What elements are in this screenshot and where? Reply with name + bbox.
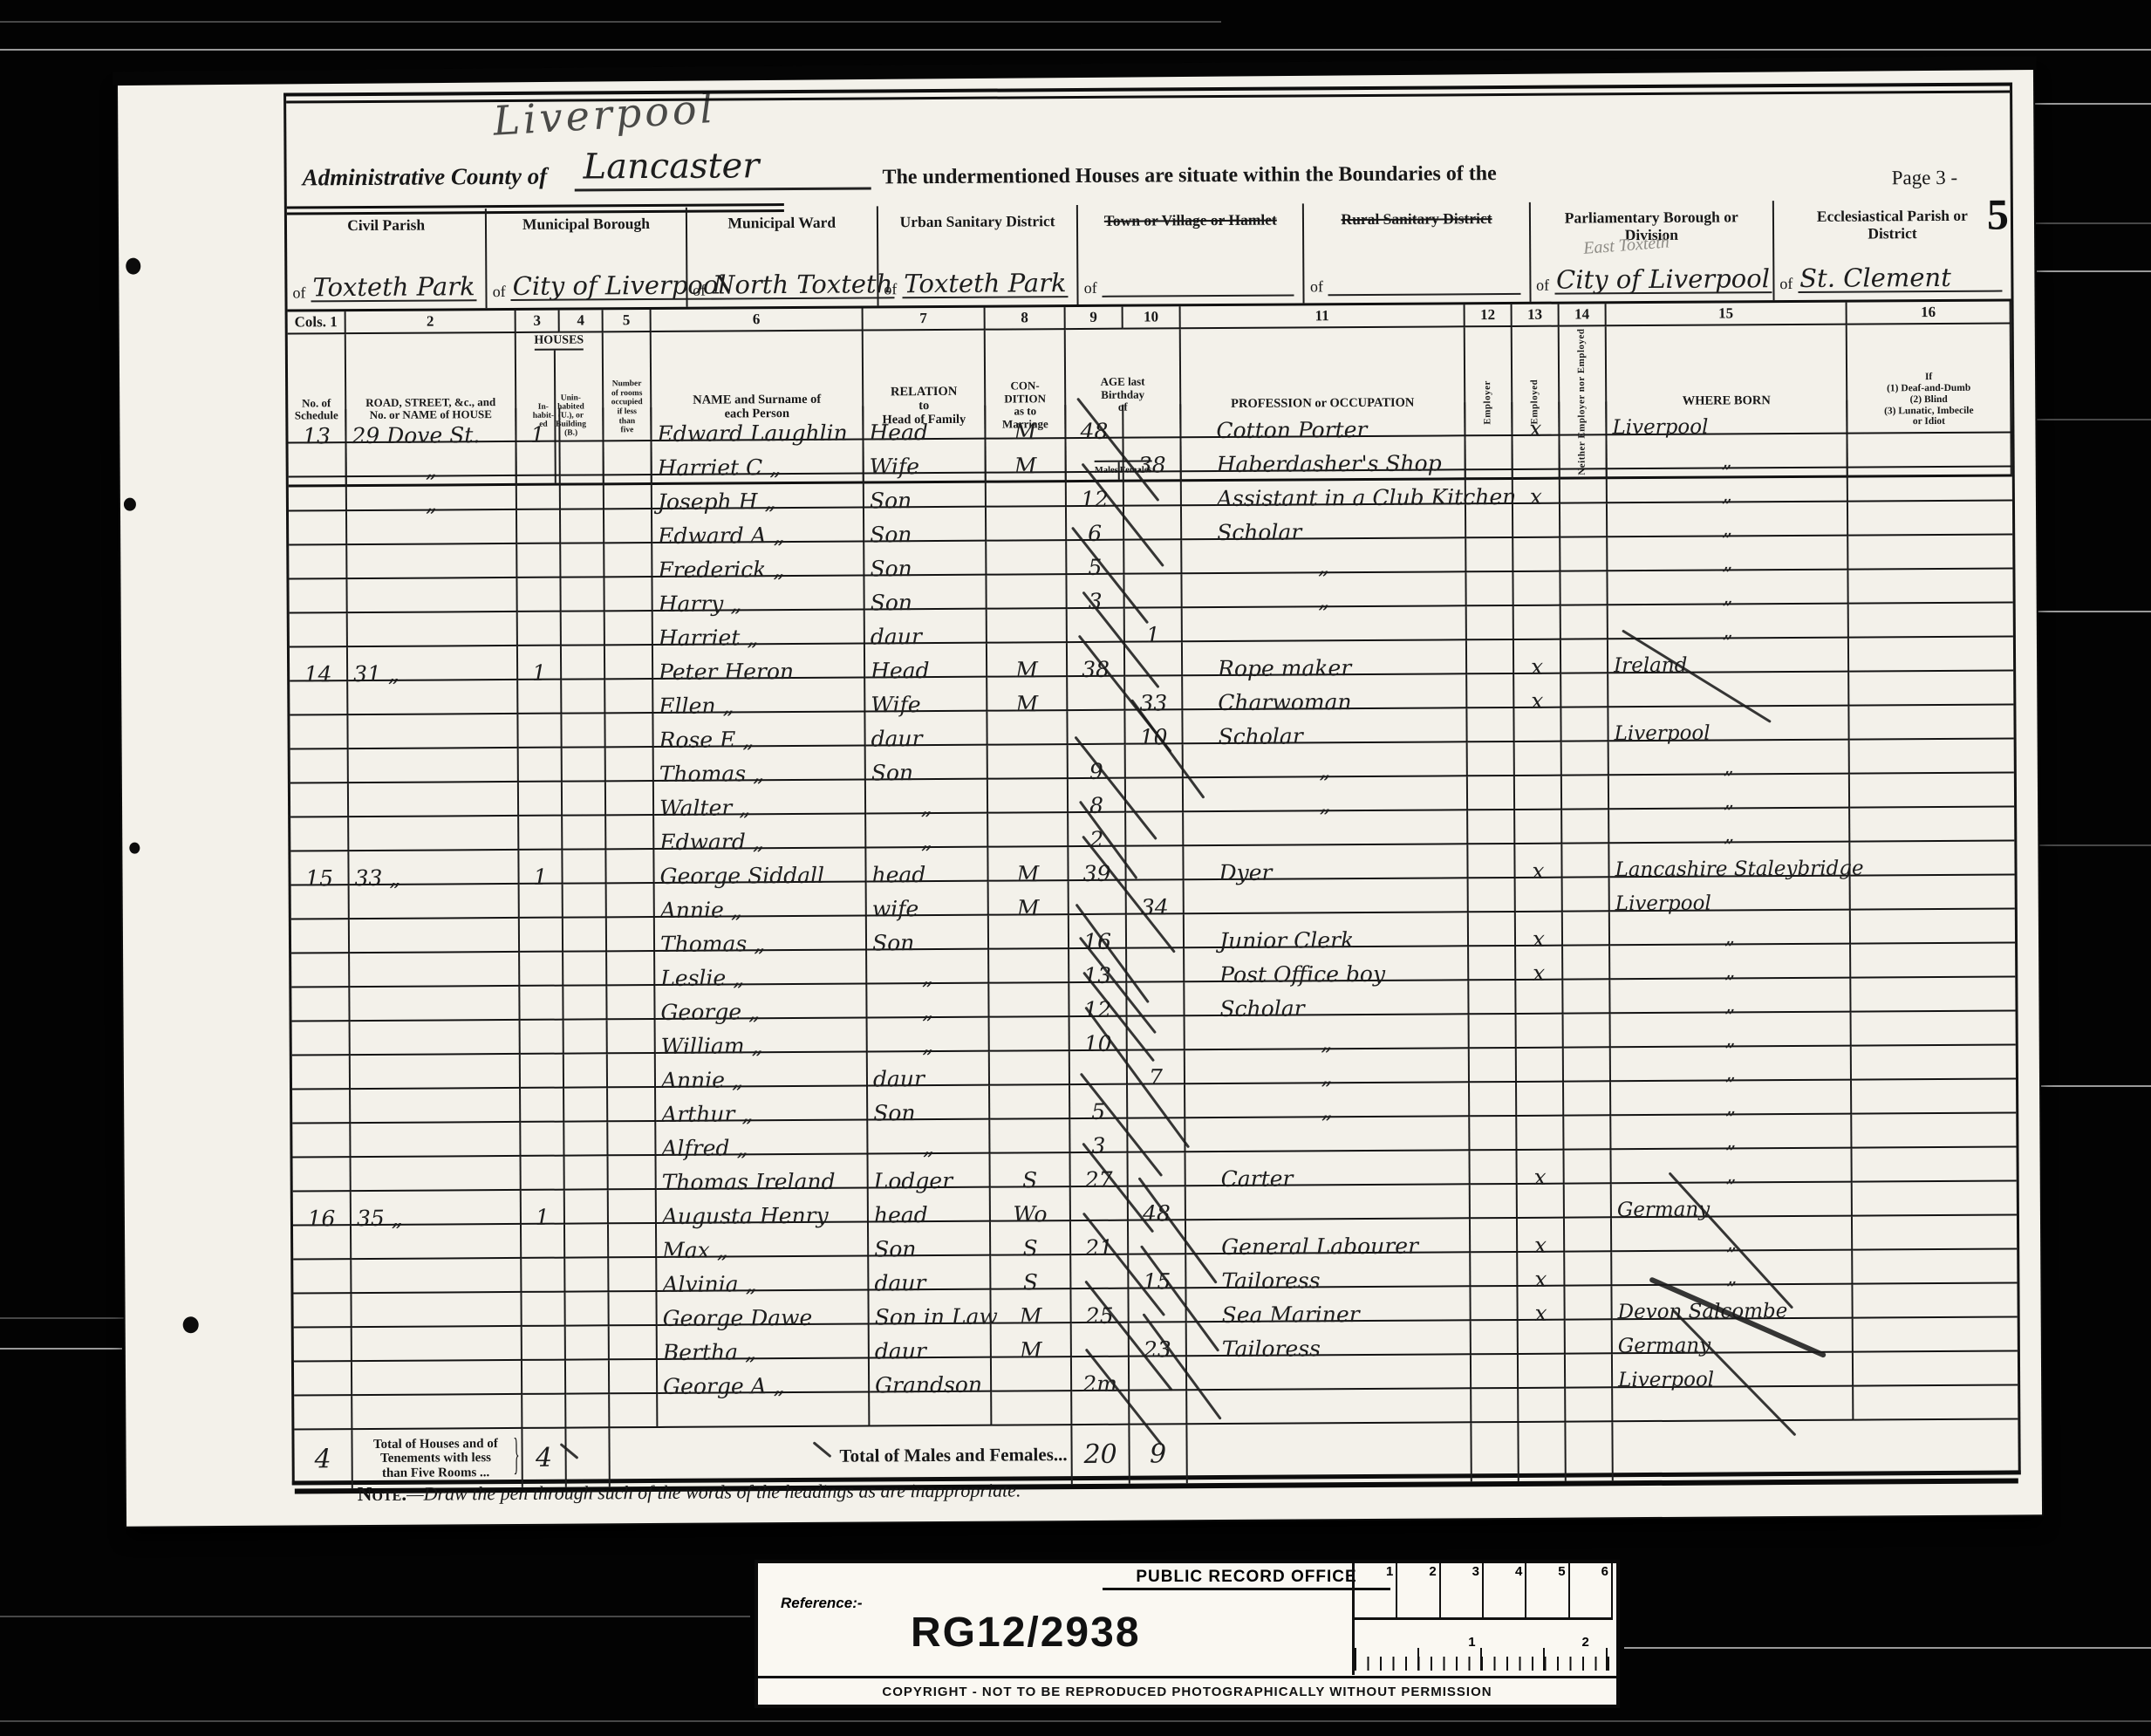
cell-inf — [1847, 433, 2011, 468]
district-label: Rural Sanitary District — [1304, 209, 1528, 229]
cell-x — [1513, 538, 1560, 572]
cell-s — [292, 1090, 351, 1124]
cell-e3 — [1563, 946, 1610, 980]
cell-rm — [609, 1190, 657, 1224]
cell-a — [351, 1123, 521, 1158]
cell-a — [350, 919, 520, 953]
cell-e1 — [1467, 674, 1514, 708]
column-number: 14 — [1560, 304, 1607, 326]
cell-inf — [1848, 535, 2012, 570]
cell-rm — [604, 543, 652, 578]
cell-rm — [606, 782, 654, 816]
ruler-number: 3 — [1441, 1563, 1484, 1617]
scan-streak — [1624, 1647, 2151, 1649]
scan-streak — [0, 1317, 140, 1319]
scan-streak — [0, 1616, 750, 1617]
cell-s: 14 — [290, 647, 348, 681]
cell-rm — [608, 1088, 656, 1122]
cell-u — [565, 1258, 609, 1292]
ruler-number: 1 — [1355, 1563, 1397, 1617]
cell-b: „ — [1609, 809, 1850, 844]
cell-a — [350, 987, 520, 1022]
cell-inf — [1847, 399, 2011, 434]
district-cell: Ecclesiastical Parish or DistrictofSt. C… — [1774, 199, 2011, 300]
cell-b: „ — [1609, 741, 1850, 776]
cell-a — [352, 1157, 522, 1192]
cell-inf — [1850, 773, 2014, 808]
cell-e3 — [1561, 673, 1608, 707]
cell-u — [561, 475, 604, 509]
cell-i — [522, 1293, 565, 1327]
cell-x: x — [1517, 1151, 1564, 1185]
cell-x — [1515, 742, 1562, 776]
cell-a — [350, 953, 520, 988]
cell-x: x — [1516, 912, 1563, 947]
cell-a — [352, 1395, 522, 1430]
cell-e3 — [1566, 1388, 1613, 1422]
district-value — [1328, 291, 1520, 296]
cell-e3 — [1562, 742, 1609, 776]
cell-e3 — [1566, 1354, 1613, 1388]
cell-e3 — [1564, 1014, 1611, 1048]
cell-s — [294, 1328, 352, 1362]
cell-s — [289, 579, 347, 613]
cell-s — [290, 715, 348, 749]
cell-rm — [609, 1156, 657, 1190]
reference-value: RG12/2938 — [911, 1609, 1141, 1657]
cell-rm — [605, 714, 653, 748]
cell-b: „ — [1607, 434, 1847, 470]
cell-i: 1 — [518, 646, 562, 680]
cell-i — [519, 817, 563, 851]
cell-c: M — [987, 643, 1068, 678]
district-label: Civil Parish — [287, 215, 485, 235]
census-table: Cols. 12345678910111213141516 No. of Sch… — [288, 298, 2018, 1493]
cell-e3 — [1564, 1048, 1611, 1082]
cell-b: „ — [1608, 468, 1848, 504]
cell-x — [1517, 1117, 1564, 1151]
cell-e1 — [1470, 1015, 1517, 1049]
cell-x: x — [1515, 844, 1562, 878]
cell-rm — [608, 1020, 656, 1054]
scanned-census-page: Liverpool 5 Administrative County of Lan… — [0, 0, 2151, 1736]
scan-streak — [2038, 1085, 2151, 1087]
cell-x — [1514, 606, 1561, 640]
district-value: St. Clement — [1798, 265, 2002, 293]
district-label: Ecclesiastical Parish or District — [1774, 206, 2011, 243]
cell-u — [563, 952, 607, 986]
cell-e3 — [1561, 605, 1608, 639]
cell-inf — [1848, 569, 2012, 604]
district-cell: Urban Sanitary DistrictofToxteth Park — [878, 205, 1079, 305]
column-number: 10 — [1123, 306, 1181, 329]
cell-f — [1128, 1016, 1185, 1050]
cell-r: Head — [864, 406, 986, 441]
column-number: 12 — [1465, 304, 1513, 327]
cell-u — [565, 1190, 609, 1224]
totals-houses-label: Total of Houses and of Tenements with le… — [354, 1437, 516, 1481]
of-label: of — [1310, 277, 1323, 296]
cell-u — [560, 407, 604, 441]
district-cell: Municipal BoroughofCity of Liverpool — [487, 208, 687, 308]
cell-b: Liverpool — [1607, 400, 1847, 436]
cell-b: „ — [1611, 1047, 1852, 1083]
cell-b: „ — [1612, 1217, 1853, 1253]
cell-a — [352, 1293, 522, 1328]
cell-a — [352, 1361, 522, 1396]
district-label: Town or Village or Hamlet — [1078, 210, 1302, 229]
cell-u — [561, 543, 604, 578]
column-number: 4 — [560, 310, 604, 332]
cell-s — [291, 953, 350, 988]
cell-x — [1515, 776, 1562, 810]
cell-e1 — [1469, 981, 1516, 1015]
cell-inf — [1851, 943, 2015, 978]
cell-e1 — [1469, 912, 1516, 947]
cell-c — [989, 949, 1069, 984]
cell-s — [292, 1124, 351, 1158]
cell-b: Liverpool — [1608, 707, 1849, 742]
cell-c — [987, 575, 1067, 610]
cell-f — [1123, 404, 1181, 438]
cell-i — [522, 1157, 565, 1191]
cell-u — [563, 782, 606, 816]
cell-f — [1126, 812, 1184, 846]
ruler-inches: 123456 — [1355, 1563, 1613, 1620]
cell-a — [349, 783, 519, 817]
column-number: 11 — [1181, 304, 1465, 329]
scan-streak — [0, 1348, 122, 1350]
totals-males-value: 20 — [1083, 1439, 1116, 1470]
cell-i — [520, 919, 563, 953]
pro-stamp: PUBLIC RECORD OFFICE Reference:- RG12/29… — [755, 1560, 1620, 1708]
district-value: Toxteth Park — [902, 271, 1068, 298]
cell-inf — [1849, 603, 2013, 638]
ruler-cm: 1 2 — [1355, 1620, 1613, 1672]
admin-county-row: Administrative County of Lancaster The u… — [286, 138, 2010, 209]
cell-a — [349, 817, 519, 851]
cell-i — [522, 1259, 565, 1293]
cell-e1 — [1465, 436, 1513, 470]
cell-u — [561, 578, 604, 612]
of-label: of — [693, 282, 706, 300]
ruler: 123456 1 2 — [1352, 1563, 1613, 1675]
cell-f — [1126, 778, 1184, 812]
cell-u — [564, 1020, 608, 1054]
totals-houses-value: 4 — [536, 1443, 552, 1473]
cell-i — [522, 1361, 566, 1395]
cell-e1 — [1471, 1219, 1518, 1253]
cell-s — [291, 919, 350, 953]
district-value: City of Liverpool — [1554, 267, 1772, 295]
cell-a — [351, 1021, 521, 1056]
cell-x: x — [1514, 640, 1561, 674]
cell-rm — [607, 918, 655, 952]
cell-b: Lancashire Staleybridge — [1609, 843, 1850, 878]
cell-b: „ — [1609, 775, 1850, 810]
cell-rm — [607, 952, 655, 986]
column-number: 2 — [346, 311, 516, 334]
district-cell: Municipal WardofNorth Toxteth — [686, 206, 878, 306]
cell-inf — [1853, 1249, 2017, 1284]
cell-inf — [1854, 1317, 2018, 1352]
cell-b — [1613, 1387, 1854, 1423]
cell-u — [565, 1156, 609, 1190]
cell-inf — [1849, 705, 2013, 740]
cell-u — [563, 986, 607, 1020]
cell-i — [517, 510, 561, 544]
cell-f — [1128, 1118, 1185, 1152]
cell-i — [521, 1055, 564, 1089]
cell-m: 5 — [1070, 1085, 1128, 1119]
district-cell: Town or Village or Hamletof — [1078, 203, 1305, 304]
cell-e3 — [1562, 776, 1609, 810]
district-label: Urban Sanitary District — [878, 212, 1076, 231]
cell-s — [293, 1294, 352, 1328]
cell-e1 — [1470, 1117, 1517, 1151]
copyright-line: COPYRIGHT - NOT TO BE REPRODUCED PHOTOGR… — [758, 1676, 1616, 1705]
cell-rm — [606, 748, 654, 782]
cell-u — [563, 884, 607, 918]
cell-e3 — [1565, 1218, 1612, 1252]
cell-a — [347, 544, 517, 579]
cell-i — [522, 1327, 566, 1361]
admin-county-label: Administrative County of — [303, 163, 548, 192]
cell-e1 — [1470, 1151, 1517, 1185]
cell-i — [522, 1395, 566, 1429]
cell-inf — [1851, 977, 2015, 1012]
cell-e1 — [1465, 402, 1513, 436]
cell-e1 — [1466, 572, 1513, 606]
column-number: 16 — [1847, 301, 2011, 325]
cell-u — [564, 1122, 608, 1156]
cell-inf — [1848, 501, 2012, 536]
cell-b: „ — [1610, 911, 1851, 947]
cell-b — [1608, 673, 1849, 708]
cell-f: 7 — [1128, 1050, 1185, 1084]
cell-inf — [1853, 1283, 2017, 1318]
cell-s: 15 — [290, 851, 349, 885]
cell-b: „ — [1608, 537, 1848, 572]
cell-rm — [610, 1394, 658, 1428]
cell-c — [989, 983, 1069, 1018]
cell-b: „ — [1611, 1081, 1852, 1117]
cell-e1 — [1468, 810, 1515, 844]
cell-inf — [1852, 1011, 2016, 1046]
cell-rm — [608, 1122, 656, 1156]
of-label: of — [1536, 277, 1549, 295]
cell-e1 — [1468, 776, 1515, 810]
cell-e3 — [1561, 639, 1608, 673]
cell-f: 23 — [1130, 1323, 1187, 1357]
cell-a — [347, 578, 517, 613]
reference-label: Reference:- — [781, 1595, 863, 1612]
cell-u — [563, 816, 606, 850]
cell-b: Germany — [1612, 1183, 1853, 1219]
cell-i — [520, 987, 563, 1021]
cell-e3 — [1561, 707, 1608, 742]
cell-a — [352, 1327, 522, 1362]
cell-e1 — [1472, 1321, 1519, 1355]
district-cell: Parliamentary Borough or DivisionEast To… — [1531, 201, 1775, 302]
cell-s — [290, 613, 348, 647]
cell-e1 — [1471, 1253, 1518, 1287]
cell-inf — [1852, 1147, 2016, 1182]
census-form: Administrative County of Lancaster The u… — [283, 82, 2021, 1485]
cell-s — [290, 817, 349, 851]
cell-s: 13 — [288, 409, 346, 443]
cell-e3 — [1563, 980, 1610, 1014]
cell-e3 — [1565, 1184, 1612, 1218]
cell-u — [562, 714, 605, 748]
cell-x — [1519, 1355, 1566, 1389]
cell-u — [564, 1054, 608, 1088]
of-label: of — [1084, 279, 1097, 297]
cell-i: 1 — [522, 1191, 565, 1225]
of-label: of — [1779, 275, 1792, 293]
cell-e1 — [1470, 1083, 1517, 1117]
cell-u — [562, 646, 605, 680]
ruler-number: 6 — [1570, 1563, 1613, 1617]
cell-b: „ — [1608, 571, 1848, 606]
district-value: Toxteth Park — [311, 275, 476, 302]
cell-e1 — [1467, 640, 1514, 674]
cell-rm — [605, 612, 653, 646]
cell-rm — [604, 475, 652, 509]
cell-o: Junior Clerk — [1185, 912, 1469, 948]
district-label: Municipal Ward — [687, 213, 877, 231]
cell-inf — [1852, 1045, 2016, 1080]
cell-i: 1 — [516, 408, 560, 442]
district-cell: Rural Sanitary Districtof — [1304, 202, 1531, 304]
cell-x — [1517, 1049, 1564, 1083]
cell-c — [992, 1391, 1072, 1426]
cell-s — [289, 511, 347, 545]
cell-e1 — [1467, 708, 1514, 742]
cell-s — [293, 1158, 352, 1192]
cell-inf — [1850, 841, 2014, 876]
column-number: 9 — [1066, 307, 1123, 330]
cell-c — [988, 813, 1069, 848]
cell-s — [294, 1362, 352, 1396]
situate-text: The undermentioned Houses are situate wi… — [858, 162, 1521, 190]
cell-c — [987, 541, 1067, 576]
ruler-number: 2 — [1397, 1563, 1440, 1617]
cell-i — [518, 714, 562, 748]
cell-e1 — [1469, 947, 1516, 981]
ruler-number: 4 — [1484, 1563, 1526, 1617]
cell-inf — [1854, 1385, 2018, 1420]
cell-i — [518, 612, 562, 646]
cell-e1 — [1472, 1355, 1519, 1389]
cell-inf — [1850, 807, 2014, 842]
cell-s — [294, 1396, 352, 1430]
cell-x: x — [1513, 470, 1560, 504]
cell-u — [565, 1224, 609, 1258]
cell-e3 — [1564, 1082, 1611, 1116]
admin-county-value: Lancaster — [574, 145, 871, 191]
ruler-number: 5 — [1526, 1563, 1569, 1617]
cell-x — [1517, 1015, 1564, 1049]
cell-e3 — [1560, 435, 1607, 469]
cell-o: Cotton Porter — [1181, 402, 1465, 438]
totals-males-females-label: Total of Males and Females... — [610, 1425, 1072, 1487]
cell-rm — [604, 441, 652, 475]
cell-a: 29 Dove St. — [346, 408, 516, 443]
cell-e1 — [1468, 742, 1515, 776]
cell-b: „ — [1608, 605, 1849, 640]
scan-streak — [2032, 222, 2151, 224]
cell-rm — [609, 1258, 657, 1292]
cell-e3 — [1560, 469, 1608, 503]
cell-n: Edward Laughlin — [652, 407, 864, 441]
cell-x — [1515, 810, 1562, 844]
column-number: 7 — [864, 308, 986, 331]
cell-f: 1 — [1125, 608, 1183, 642]
cell-x: x — [1518, 1219, 1565, 1253]
cell-i — [521, 1021, 564, 1055]
cell-c — [988, 745, 1069, 780]
cell-b: „ — [1612, 1251, 1853, 1287]
cell-i — [517, 544, 561, 578]
cell-rm — [604, 578, 652, 612]
cell-i — [521, 1089, 564, 1123]
district-value — [1103, 292, 1294, 297]
cell-inf — [1848, 467, 2012, 502]
cell-i — [519, 783, 563, 817]
cell-c — [990, 1119, 1070, 1154]
cell-c: M — [986, 405, 1066, 440]
cell-e1 — [1468, 844, 1515, 878]
cell-rm — [610, 1326, 658, 1360]
cell-i — [520, 953, 563, 987]
cell-rm — [610, 1360, 658, 1394]
cell-f — [1130, 1391, 1187, 1425]
cell-s — [290, 783, 349, 817]
of-label: of — [493, 283, 506, 301]
cell-c — [990, 1017, 1070, 1052]
cell-o — [1187, 1389, 1472, 1425]
cell-rm — [607, 884, 655, 918]
cell-s — [290, 749, 349, 783]
column-number: 3 — [516, 311, 560, 333]
cell-s — [293, 1260, 352, 1294]
scan-streak — [0, 49, 2151, 51]
cell-inf — [1849, 637, 2013, 672]
cell-a — [348, 714, 518, 749]
cell-e3 — [1563, 912, 1610, 946]
cell-o: Carter — [1185, 1151, 1470, 1186]
cell-e3 — [1564, 1150, 1611, 1184]
cell-x — [1517, 1083, 1564, 1117]
cell-u — [563, 918, 607, 952]
cell-x: x — [1513, 402, 1560, 436]
cell-i — [521, 1123, 564, 1157]
cell-u — [566, 1394, 610, 1428]
cell-a — [349, 748, 519, 783]
cell-inf — [1851, 875, 2015, 910]
cell-o: General Labourer — [1186, 1219, 1471, 1254]
cell-b: „ — [1611, 1149, 1852, 1185]
cell-u — [561, 509, 604, 543]
top-rule — [286, 90, 2010, 103]
scan-streak — [2036, 844, 2151, 846]
cell-a: 33 „ — [349, 851, 519, 885]
column-number: 13 — [1513, 304, 1560, 327]
cell-inf — [1852, 1113, 2016, 1148]
cell-f — [1124, 540, 1182, 574]
cell-e1 — [1472, 1389, 1519, 1423]
